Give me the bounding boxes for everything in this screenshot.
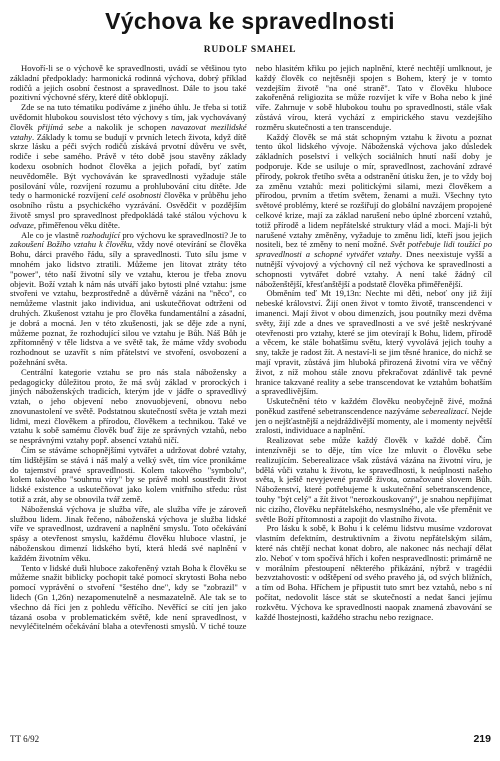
- body-text: Pro lásku k sobě, k Bohu i k celému lids…: [256, 523, 493, 621]
- paragraph: Zde se na tuto tématiku podíváme z jinéh…: [10, 103, 247, 230]
- paragraph: Hovoří-li se o výchově ke spravedlnosti,…: [10, 64, 247, 103]
- page-title: Výchova ke spravedlnosti: [0, 8, 500, 35]
- body-text: Hovoří-li se o výchově ke spravedlnosti,…: [10, 63, 247, 102]
- paragraph: Pro lásku k sobě, k Bohu i k celému lids…: [256, 524, 493, 622]
- paragraph: Centrální kategorie vztahu se pro nás st…: [10, 368, 247, 446]
- paragraph: Ale co je vlastně rozhodující pro výchov…: [10, 231, 247, 368]
- paragraph: Čím se stáváme schopnějšími vytvářet a u…: [10, 446, 247, 505]
- paragraph: Uskutečnění této v každém člověku neobyč…: [256, 397, 493, 436]
- paragraph: Obměním teď Mt 19,13n: Nechte mi děti, n…: [256, 289, 493, 397]
- body-text: Náboženská výchova je služba víře, ale s…: [10, 504, 247, 563]
- journal-page: Výchova ke spravedlnosti RUDOLF SMAHEL H…: [0, 0, 500, 761]
- body-text: Čím se stáváme schopnějšími vytvářet a u…: [10, 445, 247, 504]
- body-text: Ale co je vlastně: [21, 230, 81, 240]
- body-text: Každý člověk se má stát schopným vztahu …: [256, 132, 493, 250]
- paragraph: Každý člověk se má stát schopným vztahu …: [256, 133, 493, 290]
- emphasized-text: zakoušení Božího vztahu k člověku: [10, 239, 132, 249]
- body-text: , přiměřenou věku dítěte.: [34, 220, 120, 230]
- emphasized-text: přijímá sebe: [38, 122, 83, 132]
- body-text: , vždy nové otevírání se člověka Bohu, d…: [10, 239, 247, 367]
- page-footer: TT 6/92 219: [10, 733, 491, 745]
- emphasized-text: odvaze: [10, 220, 34, 230]
- emphasized-text: celé osobnosti: [112, 190, 162, 200]
- body-text: Obměním teď Mt 19,13n: Nechte mi děti, n…: [256, 288, 493, 396]
- emphasized-text: rozhodující: [81, 230, 120, 240]
- paragraph: Realizovat sebe může každý člověk v každ…: [256, 436, 493, 524]
- paragraph: Náboženská výchova je služba víře, ale s…: [10, 505, 247, 564]
- journal-issue: TT 6/92: [10, 734, 39, 744]
- page-number: 219: [473, 733, 491, 745]
- body-text: pro výchovu ke spravedlnosti? Je to: [120, 230, 246, 240]
- body-text: a nakolik je schopen: [83, 122, 171, 132]
- body-text: Centrální kategorie vztahu se pro nás st…: [10, 367, 247, 446]
- article-body: Hovoří-li se o výchově ke spravedlnosti,…: [10, 64, 492, 632]
- author-byline: RUDOLF SMAHEL: [0, 45, 500, 55]
- emphasized-text: seberealizací: [422, 406, 467, 416]
- body-text: Realizovat sebe může každý člověk v každ…: [256, 435, 493, 523]
